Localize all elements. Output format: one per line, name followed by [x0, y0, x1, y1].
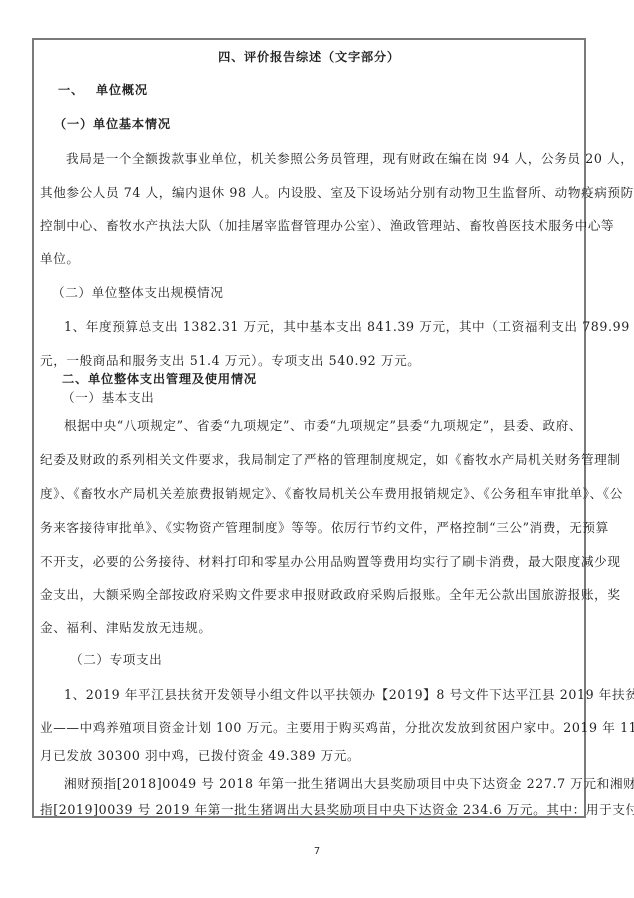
paragraph-line: 金支出，大额采购全部按政府采购文件要求申报财政政府采购后报账。全年无公款出国旅游…: [40, 587, 578, 603]
paragraph-line: 不开支，必要的公务接待、材料打印和零星办公用品购置等费用均实行了刷卡消费，最大限…: [40, 554, 578, 570]
section1-sub1-heading: （一）单位基本情况: [54, 116, 578, 132]
section1-sub2-heading: （二）单位整体支出规模情况: [52, 285, 578, 301]
paragraph-line: 月已发放 30300 羽中鸡，已拨付资金 49.389 万元。: [40, 748, 578, 764]
paragraph-line: 根据中央“八项规定”、省委“九项规定”、市委“九项规定”县委“九项规定”，县委、…: [64, 418, 578, 434]
section2-heading: 二、单位整体支出管理及使用情况: [62, 371, 578, 387]
paragraph-line: 指[2019]0039 号 2019 年第一批生猪调出大县奖励项目中央下达资金 …: [40, 802, 578, 818]
section2-sub1-heading: （一）基本支出: [62, 390, 578, 406]
paragraph-line: 元，一般商品和服务支出 51.4 万元）。专项支出 540.92 万元。: [40, 353, 578, 369]
paragraph-line: 业——中鸡养殖项目资金计划 100 万元。主要用于购买鸡苗，分批次发放到贫困户家…: [40, 720, 578, 736]
section2-sub2-heading: （二）专项支出: [70, 652, 578, 668]
report-frame: 四、评价报告综述（文字部分） 一、 单位概况 （一）单位基本情况 我局是一个全额…: [32, 38, 586, 818]
paragraph-line: 其他参公人员 74 人，编内退休 98 人。内设股、室及下设场站分别有动物卫生监…: [40, 185, 578, 201]
report-title: 四、评价报告综述（文字部分）: [40, 49, 578, 65]
paragraph-line: 湘财预指[2018]0049 号 2018 年第一批生猪调出大县奖励项目中央下达…: [64, 776, 578, 792]
page-number: 7: [0, 846, 634, 857]
paragraph-line: 1、2019 年平江县扶贫开发领导小组文件以平扶领办【2019】8 号文件下达平…: [64, 687, 578, 703]
paragraph-line: 纪委及财政的系列相关文件要求，我局制定了严格的管理制度规定，如《畜牧水产局机关财…: [40, 452, 578, 468]
paragraph-line: 我局是一个全额拨款事业单位，机关参照公务员管理，现有财政在编在岗 94 人，公务…: [66, 151, 578, 167]
paragraph-line: 务来客接待审批单》、《实物资产管理制度》等等。依厉行节约文件，严格控制“三公”消…: [40, 520, 578, 536]
paragraph-line: 控制中心、畜牧水产执法大队（加挂屠宰监督管理办公室）、渔政管理站、畜牧兽医技术服…: [40, 218, 578, 234]
paragraph-line: 度》、《畜牧水产局机关差旅费报销规定》、《畜牧局机关公车费用报销规定》、《公务租…: [40, 486, 578, 502]
section1-heading: 一、 单位概况: [58, 82, 578, 98]
paragraph-line: 1、年度预算总支出 1382.31 万元，其中基本支出 841.39 万元，其中…: [64, 319, 578, 335]
paragraph-line: 单位。: [40, 251, 578, 267]
paragraph-line: 金、福利、津贴发放无违规。: [40, 620, 578, 636]
